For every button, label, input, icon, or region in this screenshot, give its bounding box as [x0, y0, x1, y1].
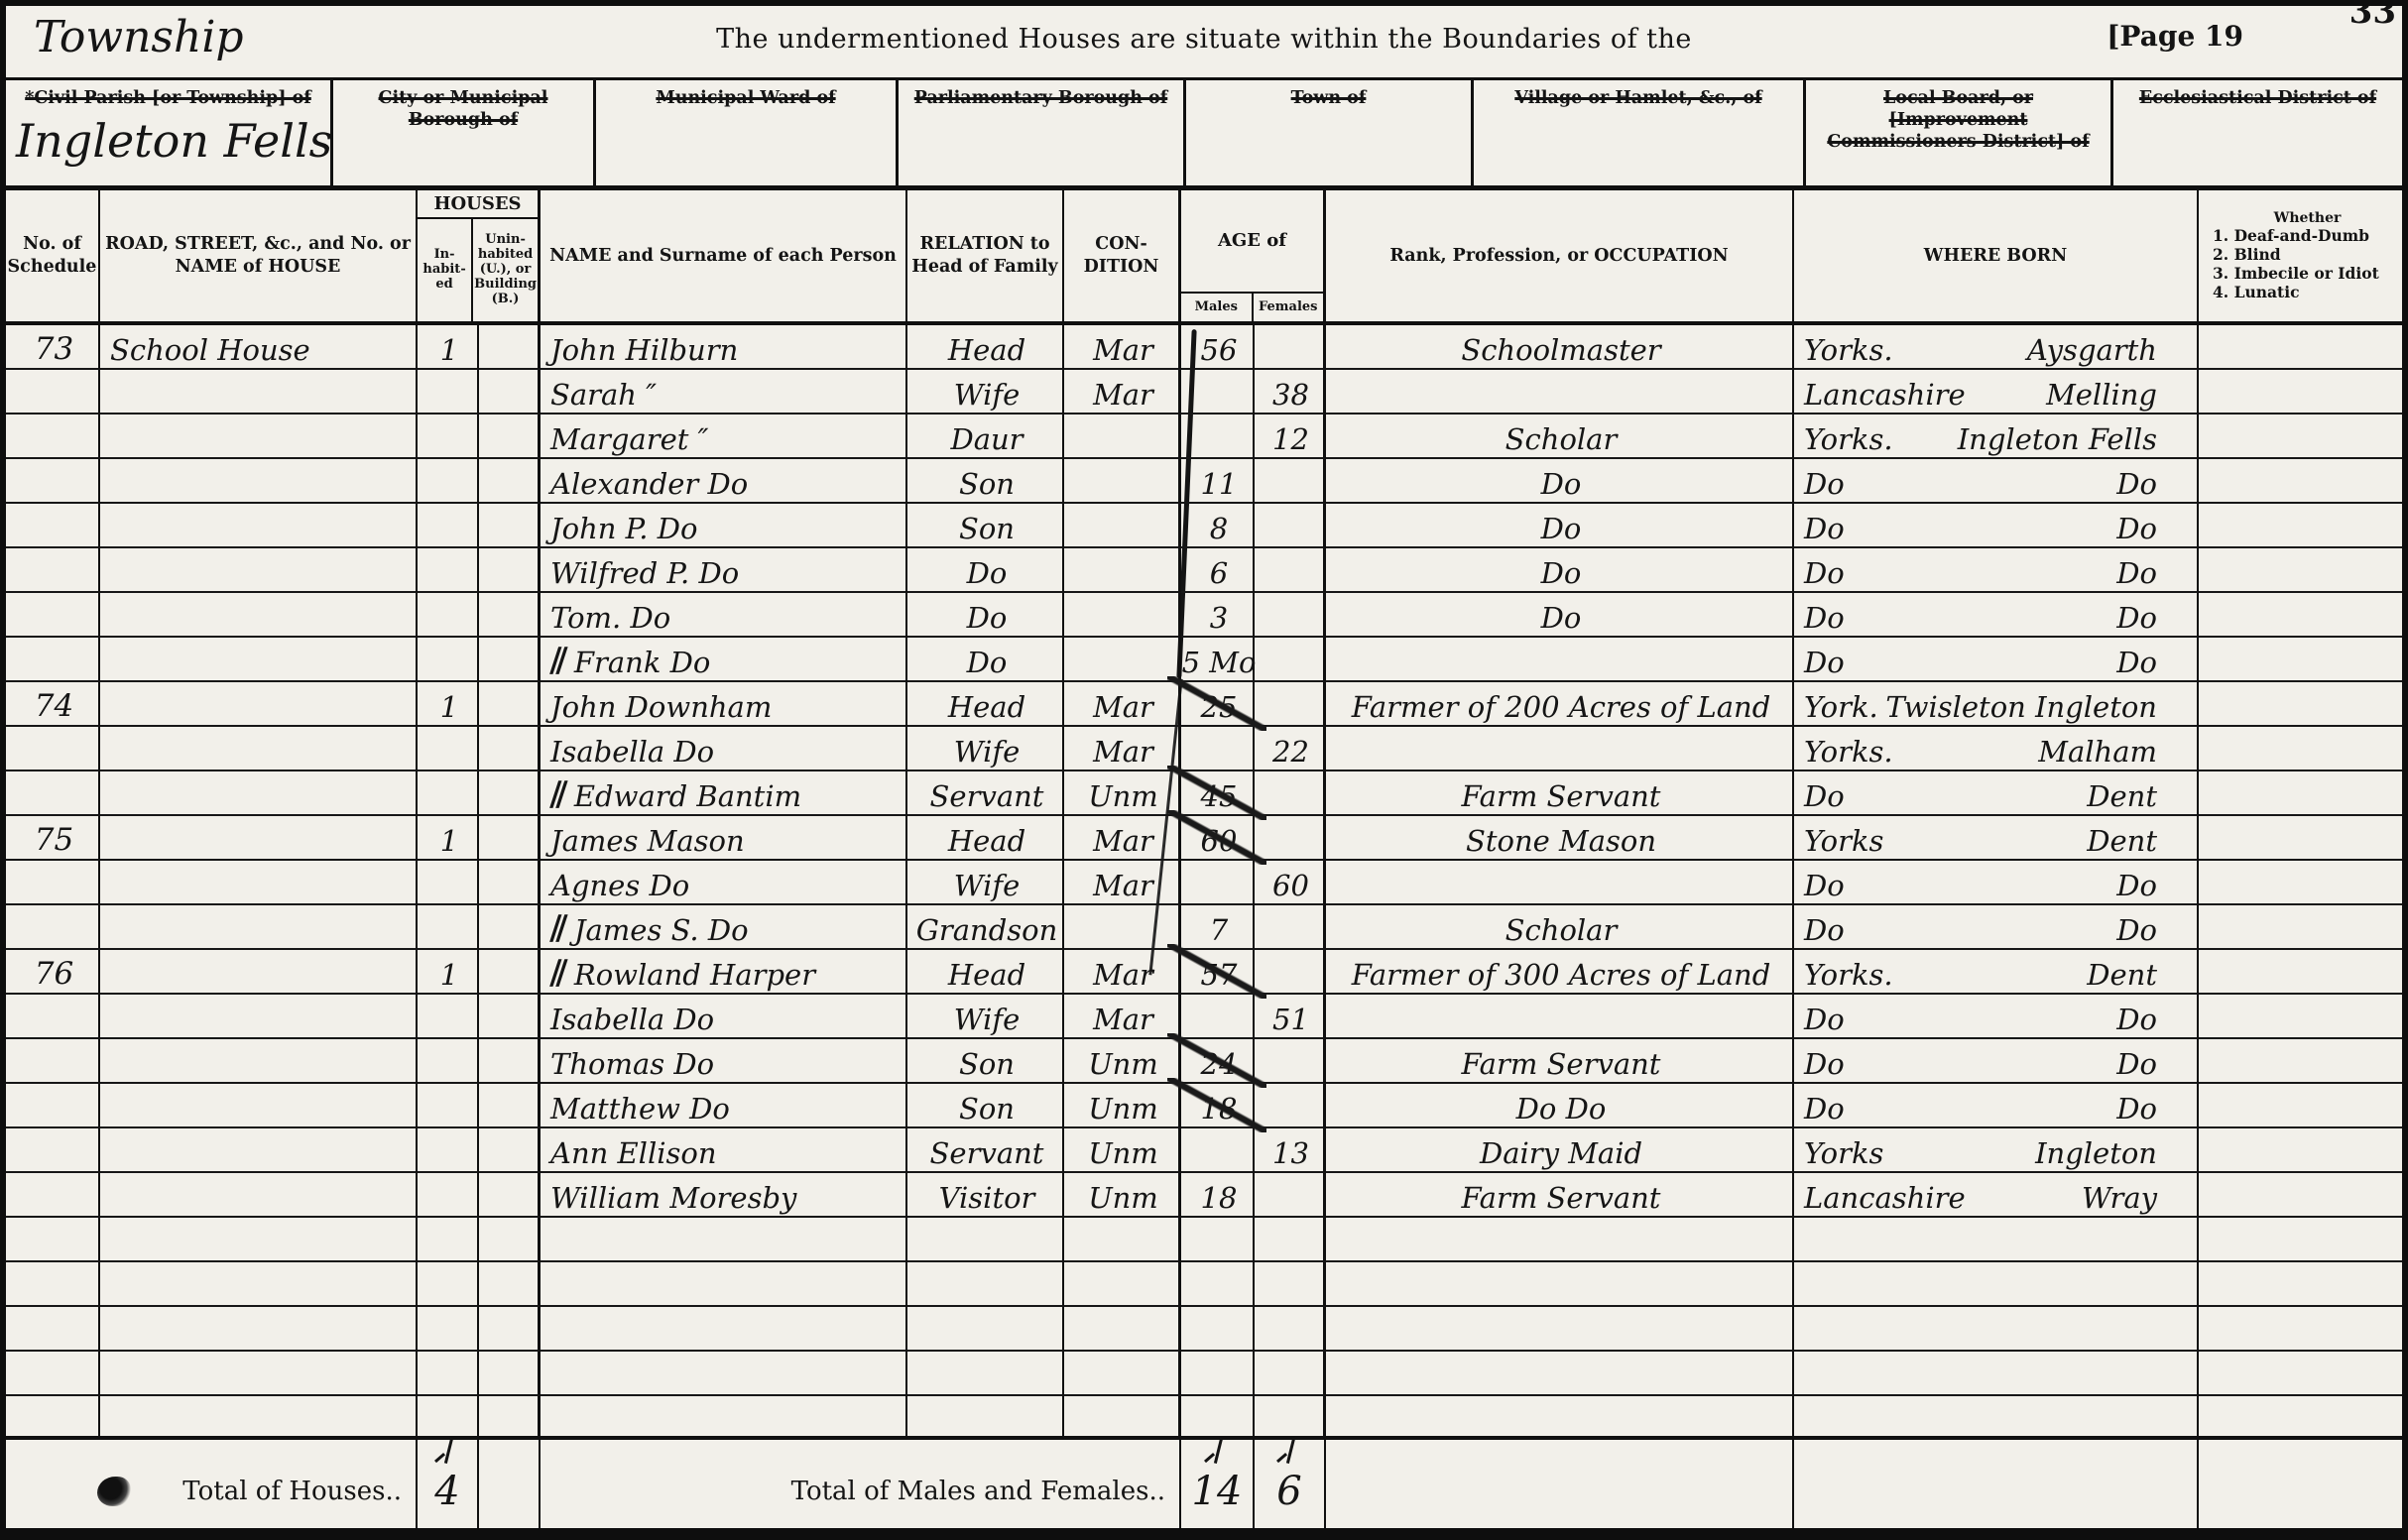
- occupation-cell: [1326, 995, 1794, 1039]
- born-place: Do: [2116, 913, 2157, 947]
- totals-row: Total of Houses.. 4 Total of Males and F…: [6, 1436, 2402, 1540]
- age-males-cell: 18: [1181, 1084, 1255, 1128]
- person-name: James S. Do: [574, 913, 749, 947]
- name-cell: ∥Edward Bantim: [541, 771, 907, 816]
- relation-cell: Head: [907, 682, 1064, 727]
- infirmity-cell: [2199, 995, 2402, 1039]
- occupation-cell: Schoolmaster: [1326, 325, 1794, 370]
- inhabited-cell: [418, 459, 479, 504]
- boundary-label: City or Municipal Borough of: [343, 88, 582, 132]
- born-place: Aysgarth: [2027, 333, 2157, 367]
- where-born-cell: Yorks.Ingleton Fells: [1794, 415, 2199, 459]
- boundary-town: Town of: [1186, 80, 1474, 185]
- inhabited-cell: [418, 861, 479, 905]
- occupation-cell: Do: [1326, 504, 1794, 548]
- occupation-cell: [1326, 1307, 1794, 1352]
- boundary-ecclesiastical-district: Ecclesiastical District of: [2113, 80, 2402, 185]
- age-females-cell: [1255, 1218, 1326, 1262]
- total-houses-value-cell: 4: [418, 1440, 479, 1540]
- born-place: Wray: [2082, 1181, 2157, 1215]
- infirmity-cell: [2199, 771, 2402, 816]
- infirmity-cell: [2199, 1039, 2402, 1084]
- boundary-local-board: Local Board, or [Improvement Commissione…: [1806, 80, 2113, 185]
- infirmity-cell: [2199, 593, 2402, 638]
- name-cell: ∥: [541, 1262, 907, 1307]
- condition-cell: Unm: [1064, 1128, 1181, 1173]
- condition-cell: [1064, 459, 1181, 504]
- born-place: Dent: [2087, 824, 2157, 858]
- born-place: Do: [2116, 467, 2157, 501]
- age-females-cell: [1255, 1262, 1326, 1307]
- condition-cell: [1064, 415, 1181, 459]
- name-cell: ∥Frank Do: [541, 638, 907, 682]
- infirmity-cell: [2199, 727, 2402, 771]
- inhabited-cell: [418, 548, 479, 593]
- uninhabited-cell: [479, 1307, 541, 1352]
- condition-cell: [1064, 1218, 1181, 1262]
- road-cell: [100, 638, 418, 682]
- uninhabited-cell: [479, 905, 541, 950]
- schedule-cell: [6, 593, 100, 638]
- person-name: James Mason: [550, 824, 745, 858]
- age-males-cell: 18: [1181, 1173, 1255, 1218]
- born-place: Ingleton Fells: [1958, 422, 2157, 456]
- where-born-cell: YorksIngleton: [1794, 1128, 2199, 1173]
- inhabited-cell: [418, 1173, 479, 1218]
- infirmity-cell: [2199, 1218, 2402, 1262]
- condition-cell: Mar: [1064, 370, 1181, 415]
- col-header-inhabited: In-habit-ed: [418, 219, 473, 321]
- boundary-label: *Civil Parish [or Township] of: [25, 88, 311, 110]
- schedule-cell: [6, 1218, 100, 1262]
- name-cell: ∥: [541, 1352, 907, 1396]
- condition-cell: [1064, 1307, 1181, 1352]
- relation-cell: Wife: [907, 370, 1064, 415]
- table-row: ∥Margaret ″ Daur 12 Scholar Yorks.Inglet…: [6, 415, 2402, 459]
- total-males-value-cell: 14: [1181, 1440, 1255, 1540]
- relation-cell: Son: [907, 504, 1064, 548]
- occupation-cell: [1326, 638, 1794, 682]
- infirmity-cell: [2199, 1262, 2402, 1307]
- person-name: Margaret ″: [550, 422, 708, 456]
- inhabited-cell: [418, 415, 479, 459]
- age-females-cell: [1255, 459, 1326, 504]
- age-males-cell: [1181, 415, 1255, 459]
- folio-number: 33: [2349, 0, 2396, 32]
- age-males-cell: [1181, 861, 1255, 905]
- col-header-schedule: No. of Schedule: [6, 190, 100, 321]
- ink-blot-decoration: [97, 1477, 131, 1506]
- road-cell: [100, 548, 418, 593]
- total-females-value-cell: 6: [1255, 1440, 1326, 1540]
- relation-cell: Do: [907, 638, 1064, 682]
- occupation-cell: Do: [1326, 459, 1794, 504]
- age-females-cell: [1255, 325, 1326, 370]
- schedule-cell: [6, 771, 100, 816]
- born-place: Ingleton: [2035, 1136, 2157, 1170]
- boundary-municipal-ward: Municipal Ward of: [596, 80, 899, 185]
- occupation-cell: Stone Mason: [1326, 816, 1794, 861]
- table-row: ∥Agnes Do Wife Mar 60 DoDo: [6, 861, 2402, 905]
- occupation-cell: Do Do: [1326, 1084, 1794, 1128]
- inhabited-cell: [418, 504, 479, 548]
- age-females-cell: [1255, 1173, 1326, 1218]
- relation-cell: Son: [907, 1039, 1064, 1084]
- empty-total-cell: [479, 1440, 541, 1540]
- spacer-row: [6, 1396, 2402, 1436]
- total-males-females-label-cell: Total of Males and Females..: [541, 1440, 1181, 1540]
- occupation-cell: [1326, 1352, 1794, 1396]
- where-born-cell: LancashireMelling: [1794, 370, 2199, 415]
- uninhabited-cell: [479, 995, 541, 1039]
- condition-cell: [1064, 548, 1181, 593]
- occupation-cell: [1326, 1262, 1794, 1307]
- table-row: ∥: [6, 1307, 2402, 1352]
- uninhabited-cell: [479, 593, 541, 638]
- person-name: Thomas Do: [550, 1047, 714, 1081]
- occupation-cell: Farm Servant: [1326, 1173, 1794, 1218]
- age-females-cell: 60: [1255, 861, 1326, 905]
- schedule-cell: 75: [6, 816, 100, 861]
- tick-mark: [444, 1438, 453, 1464]
- person-name: Rowland Harper: [574, 958, 815, 992]
- uninhabited-cell: [479, 950, 541, 995]
- household-end-mark: ∥: [544, 645, 571, 679]
- born-place: Do: [2116, 646, 2157, 679]
- road-cell: [100, 816, 418, 861]
- age-males-cell: [1181, 1218, 1255, 1262]
- person-name: John P. Do: [550, 512, 697, 545]
- name-cell: ∥Agnes Do: [541, 861, 907, 905]
- uninhabited-cell: [479, 638, 541, 682]
- where-born-cell: DoDo: [1794, 459, 2199, 504]
- boundaries-row: *Civil Parish [or Township] of Ingleton …: [6, 80, 2402, 190]
- uninhabited-cell: [479, 1173, 541, 1218]
- born-place: Do: [2116, 601, 2157, 635]
- infirmity-cell: [2199, 415, 2402, 459]
- relation-cell: Son: [907, 459, 1064, 504]
- inhabited-cell: 1: [418, 325, 479, 370]
- inhabited-cell: [418, 995, 479, 1039]
- relation-cell: Head: [907, 816, 1064, 861]
- uninhabited-cell: [479, 1218, 541, 1262]
- age-females-cell: 12: [1255, 415, 1326, 459]
- born-county: Do: [1804, 556, 1845, 590]
- road-cell: [100, 1173, 418, 1218]
- name-cell: ∥Tom. Do: [541, 593, 907, 638]
- name-cell: ∥John Downham: [541, 682, 907, 727]
- name-cell: ∥James S. Do: [541, 905, 907, 950]
- schedule-cell: [6, 504, 100, 548]
- condition-cell: Mar: [1064, 325, 1181, 370]
- table-row: 76 1 ∥Rowland Harper Head Mar 57 Farmer …: [6, 950, 2402, 995]
- household-end-mark: ∥: [544, 957, 571, 992]
- road-cell: [100, 415, 418, 459]
- age-females-cell: [1255, 1307, 1326, 1352]
- table-header: No. of Schedule ROAD, STREET, &c., and N…: [6, 190, 2402, 325]
- page-number-label: [Page 19: [2107, 20, 2243, 53]
- born-place: Melling: [2046, 378, 2157, 412]
- born-county: Lancashire: [1804, 378, 1966, 412]
- occupation-cell: Do: [1326, 593, 1794, 638]
- uninhabited-cell: [479, 1039, 541, 1084]
- age-males-cell: [1181, 1128, 1255, 1173]
- relation-cell: [907, 1352, 1064, 1396]
- infirmity-cell: [2199, 638, 2402, 682]
- occupation-cell: Dairy Maid: [1326, 1128, 1794, 1173]
- relation-cell: [907, 1262, 1064, 1307]
- infirmity-cell: [2199, 1173, 2402, 1218]
- household-end-mark: ∥: [544, 912, 571, 947]
- condition-cell: Mar: [1064, 816, 1181, 861]
- boundary-label: Parliamentary Borough of: [914, 88, 1168, 110]
- col-header-occupation: Rank, Profession, or OCCUPATION: [1326, 190, 1794, 321]
- col-header-uninhabited: Unin-habited (U.), or Building (B.): [473, 219, 538, 321]
- infirmity-cell: [2199, 325, 2402, 370]
- top-band: Township The undermentioned Houses are s…: [6, 6, 2402, 80]
- road-cell: [100, 995, 418, 1039]
- uninhabited-cell: [479, 771, 541, 816]
- relation-cell: Visitor: [907, 1173, 1064, 1218]
- condition-cell: Mar: [1064, 727, 1181, 771]
- boundary-parliamentary-borough: Parliamentary Borough of: [899, 80, 1186, 185]
- road-cell: [100, 1039, 418, 1084]
- relation-cell: Do: [907, 593, 1064, 638]
- table-row: 74 1 ∥John Downham Head Mar 25 Farmer of…: [6, 682, 2402, 727]
- inhabited-cell: [418, 1262, 479, 1307]
- road-cell: [100, 727, 418, 771]
- uninhabited-cell: [479, 682, 541, 727]
- condition-cell: [1064, 905, 1181, 950]
- where-born-cell: DoDo: [1794, 1084, 2199, 1128]
- born-county: Do: [1804, 1092, 1845, 1125]
- total-houses-label: Total of Houses..: [6, 1477, 416, 1506]
- relation-cell: Wife: [907, 995, 1064, 1039]
- col-header-houses-group: HOUSES In-habit-ed Unin-habited (U.), or…: [418, 190, 541, 321]
- col-header-relation: RELATION to Head of Family: [907, 190, 1064, 321]
- person-name: Edward Bantim: [574, 779, 801, 813]
- census-page: Township The undermentioned Houses are s…: [0, 0, 2408, 1540]
- infirmity-cell: [2199, 682, 2402, 727]
- uninhabited-cell: [479, 1128, 541, 1173]
- name-cell: ∥Alexander Do: [541, 459, 907, 504]
- born-county: Do: [1804, 1003, 1845, 1036]
- schedule-cell: [6, 1039, 100, 1084]
- schedule-cell: [6, 459, 100, 504]
- infirmity-cell: [2199, 1084, 2402, 1128]
- where-born-cell: Yorks.Dent: [1794, 950, 2199, 995]
- relation-cell: Wife: [907, 861, 1064, 905]
- road-cell: [100, 504, 418, 548]
- born-county: Do: [1804, 913, 1845, 947]
- born-place: Do: [2116, 512, 2157, 545]
- boundary-label: Municipal Ward of: [656, 88, 835, 110]
- occupation-cell: [1326, 727, 1794, 771]
- total-houses-label-cell: Total of Houses..: [6, 1440, 418, 1540]
- inhabited-cell: [418, 1128, 479, 1173]
- uninhabited-cell: [479, 1084, 541, 1128]
- inhabited-cell: [418, 771, 479, 816]
- person-name: Sarah ″: [550, 378, 657, 412]
- born-place: Do: [2116, 1092, 2157, 1125]
- relation-cell: Daur: [907, 415, 1064, 459]
- infirmity-cell: [2199, 459, 2402, 504]
- table-row: ∥Sarah ″ Wife Mar 38 LancashireMelling: [6, 370, 2402, 415]
- name-cell: ∥Isabella Do: [541, 727, 907, 771]
- condition-cell: [1064, 1352, 1181, 1396]
- name-cell: ∥Matthew Do: [541, 1084, 907, 1128]
- infirmity-item: 2. Blind: [2213, 246, 2281, 265]
- empty-total-cell: [1794, 1440, 2199, 1540]
- where-born-cell: DoDo: [1794, 638, 2199, 682]
- road-cell: [100, 593, 418, 638]
- relation-cell: Wife: [907, 727, 1064, 771]
- age-males-cell: [1181, 1352, 1255, 1396]
- houses-group-title: HOUSES: [418, 190, 538, 219]
- table-row: ∥William Moresby Visitor Unm 18 Farm Ser…: [6, 1173, 2402, 1218]
- condition-cell: Mar: [1064, 995, 1181, 1039]
- schedule-cell: [6, 727, 100, 771]
- uninhabited-cell: [479, 415, 541, 459]
- inhabited-cell: [418, 1039, 479, 1084]
- inhabited-cell: [418, 1084, 479, 1128]
- inhabited-cell: [418, 1352, 479, 1396]
- table-row: 75 1 ∥James Mason Head Mar 60 Stone Maso…: [6, 816, 2402, 861]
- uninhabited-cell: [479, 459, 541, 504]
- born-place: Do: [2116, 556, 2157, 590]
- born-place: Do: [2116, 869, 2157, 902]
- table-row: ∥John P. Do Son 8 Do DoDo: [6, 504, 2402, 548]
- uninhabited-cell: [479, 504, 541, 548]
- age-females-cell: [1255, 504, 1326, 548]
- born-place: Dent: [2087, 958, 2157, 992]
- schedule-cell: [6, 415, 100, 459]
- road-cell: School House: [100, 325, 418, 370]
- name-cell: ∥Sarah ″: [541, 370, 907, 415]
- inhabited-cell: [418, 638, 479, 682]
- occupation-cell: Farm Servant: [1326, 771, 1794, 816]
- schedule-cell: [6, 995, 100, 1039]
- boundary-city-borough: City or Municipal Borough of: [333, 80, 596, 185]
- tick-mark: [1214, 1438, 1223, 1464]
- uninhabited-cell: [479, 1352, 541, 1396]
- col-header-age-males: Males: [1181, 294, 1254, 321]
- occupation-cell: Farmer of 200 Acres of Land: [1326, 682, 1794, 727]
- name-cell: ∥John P. Do: [541, 504, 907, 548]
- age-males-cell: 6: [1181, 548, 1255, 593]
- road-cell: [100, 1307, 418, 1352]
- age-males-cell: [1181, 1307, 1255, 1352]
- age-females-cell: [1255, 593, 1326, 638]
- road-cell: [100, 950, 418, 995]
- page-heading: The undermentioned Houses are situate wi…: [6, 24, 2402, 55]
- where-born-cell: Yorks.Aysgarth: [1794, 325, 2199, 370]
- occupation-cell: Scholar: [1326, 905, 1794, 950]
- schedule-cell: [6, 1128, 100, 1173]
- infirmity-title: Whether: [2213, 209, 2402, 227]
- person-name: John Downham: [550, 690, 772, 724]
- road-cell: [100, 370, 418, 415]
- name-cell: ∥Rowland Harper: [541, 950, 907, 995]
- uninhabited-cell: [479, 370, 541, 415]
- born-county: Yorks.: [1804, 422, 1893, 456]
- name-cell: ∥James Mason: [541, 816, 907, 861]
- age-males-cell: 60: [1181, 816, 1255, 861]
- inhabited-cell: [418, 593, 479, 638]
- census-table-body: 73 School House 1 ∥John Hilburn Head Mar…: [6, 325, 2402, 1396]
- condition-cell: Unm: [1064, 1084, 1181, 1128]
- age-males-cell: [1181, 370, 1255, 415]
- tick-mark: [1286, 1438, 1295, 1464]
- condition-cell: [1064, 504, 1181, 548]
- road-cell: [100, 1084, 418, 1128]
- boundary-label: Local Board, or [Improvement Commissione…: [1818, 88, 2098, 154]
- relation-cell: Head: [907, 950, 1064, 995]
- where-born-cell: DoDo: [1794, 1039, 2199, 1084]
- infirmity-cell: [2199, 504, 2402, 548]
- person-name: Alexander Do: [550, 467, 748, 501]
- inhabited-cell: [418, 1307, 479, 1352]
- table-row: ∥Alexander Do Son 11 Do DoDo: [6, 459, 2402, 504]
- age-males-cell: 25: [1181, 682, 1255, 727]
- uninhabited-cell: [479, 861, 541, 905]
- born-county: Do: [1804, 467, 1845, 501]
- born-county: Do: [1804, 869, 1845, 902]
- name-cell: ∥Margaret ″: [541, 415, 907, 459]
- schedule-cell: [6, 548, 100, 593]
- boundary-civil-parish: *Civil Parish [or Township] of Ingleton …: [6, 80, 333, 185]
- born-county: Yorks.: [1804, 333, 1893, 367]
- born-place: Do: [2116, 1047, 2157, 1081]
- person-name: Ann Ellison: [550, 1136, 717, 1170]
- where-born-cell: [1794, 1262, 2199, 1307]
- road-cell: [100, 771, 418, 816]
- age-males-cell: 11: [1181, 459, 1255, 504]
- table-row: ∥: [6, 1352, 2402, 1396]
- infirmity-cell: [2199, 1128, 2402, 1173]
- where-born-cell: [1794, 1218, 2199, 1262]
- person-name: Tom. Do: [550, 601, 670, 635]
- where-born-cell: DoDo: [1794, 504, 2199, 548]
- table-row: ∥Matthew Do Son Unm 18 Do Do DoDo: [6, 1084, 2402, 1128]
- infirmity-cell: [2199, 548, 2402, 593]
- road-cell: [100, 905, 418, 950]
- born-county: Lancashire: [1804, 1181, 1966, 1215]
- inhabited-cell: [418, 727, 479, 771]
- age-group-title: AGE of: [1181, 190, 1323, 292]
- relation-cell: Servant: [907, 771, 1064, 816]
- where-born-cell: [1794, 1307, 2199, 1352]
- person-name: Isabella Do: [550, 1003, 714, 1036]
- infirmity-item: 1. Deaf-and-Dumb: [2213, 227, 2369, 246]
- schedule-cell: [6, 638, 100, 682]
- where-born-cell: DoDo: [1794, 995, 2199, 1039]
- col-header-infirmity: Whether 1. Deaf-and-Dumb 2. Blind 3. Imb…: [2199, 190, 2402, 321]
- col-header-age-females: Females: [1254, 294, 1324, 321]
- age-females-cell: 38: [1255, 370, 1326, 415]
- occupation-cell: Scholar: [1326, 415, 1794, 459]
- name-cell: ∥Wilfred P. Do: [541, 548, 907, 593]
- where-born-cell: [1794, 1352, 2199, 1396]
- total-houses-value: 4: [434, 1469, 459, 1514]
- schedule-cell: [6, 370, 100, 415]
- person-name: Wilfred P. Do: [550, 556, 739, 590]
- person-name: Matthew Do: [550, 1092, 730, 1125]
- relation-cell: [907, 1307, 1064, 1352]
- name-cell: ∥William Moresby: [541, 1173, 907, 1218]
- table-row: 73 School House 1 ∥John Hilburn Head Mar…: [6, 325, 2402, 370]
- schedule-cell: [6, 905, 100, 950]
